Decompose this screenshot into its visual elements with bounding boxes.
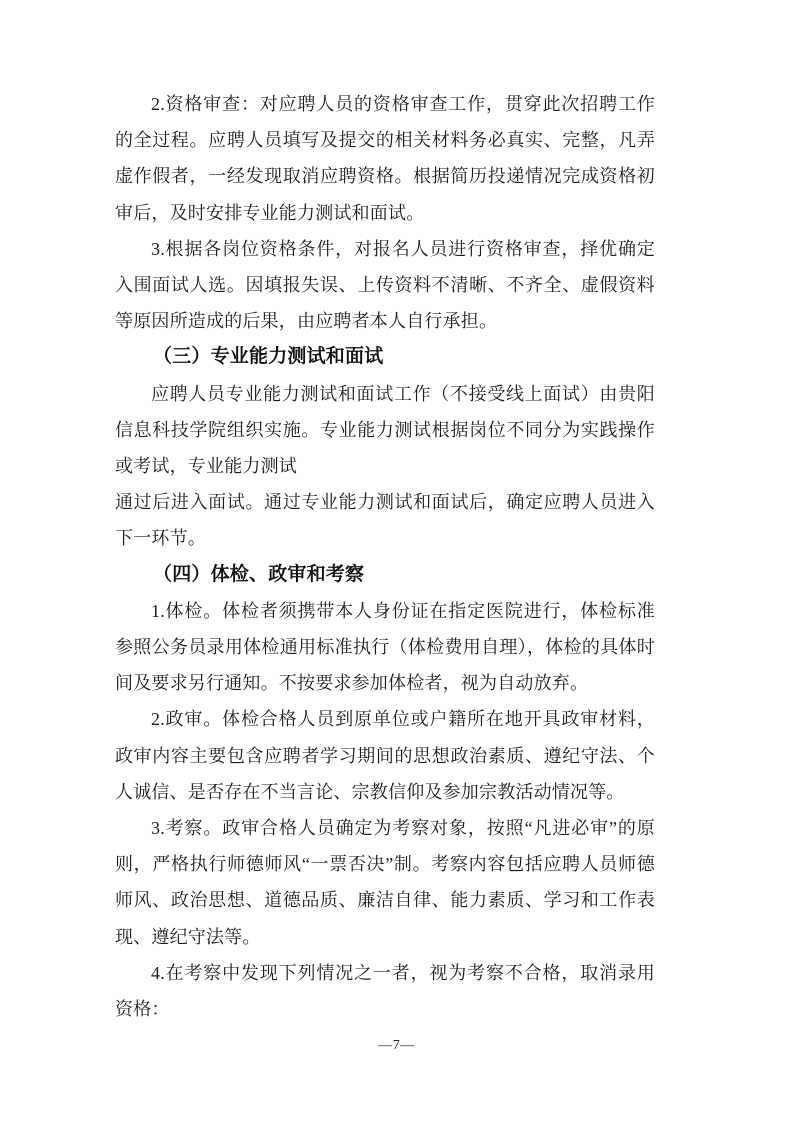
section-heading-physical-political-inspection: （四）体检、政审和考察: [115, 557, 655, 593]
paragraph-ability-test-continued: 通过后进入面试。通过专业能力测试和面试后，确定应聘人员进入下一环节。: [115, 484, 655, 556]
paragraph-physical-exam: 1.体检。体检者须携带本人身份证在指定医院进行，体检标准参照公务员录用体检通用标…: [115, 593, 655, 702]
paragraph-qualification-review: 2.资格审查：对应聘人员的资格审查工作，贯穿此次招聘工作的全过程。应聘人员填写及…: [115, 86, 655, 231]
page-number: —7—: [0, 1036, 793, 1056]
paragraph-disqualification-intro: 4.在考察中发现下列情况之一者，视为考察不合格，取消录用资格：: [115, 955, 655, 1027]
section-heading-ability-test-interview: （三）专业能力测试和面试: [115, 339, 655, 375]
document-body: 2.资格审查：对应聘人员的资格审查工作，贯穿此次招聘工作的全过程。应聘人员填写及…: [115, 86, 655, 1027]
paragraph-ability-test-intro: 应聘人员专业能力测试和面试工作（不接受线上面试）由贵阳信息科技学院组织实施。专业…: [115, 376, 655, 485]
paragraph-political-review: 2.政审。体检合格人员到原单位或户籍所在地开具政审材料，政审内容主要包含应聘者学…: [115, 701, 655, 810]
paragraph-inspection: 3.考察。政审合格人员确定为考察对象，按照“凡进必审”的原则，严格执行师德师风“…: [115, 810, 655, 955]
document-page: 2.资格审查：对应聘人员的资格审查工作，贯穿此次招聘工作的全过程。应聘人员填写及…: [0, 0, 793, 1122]
paragraph-shortlist-rules: 3.根据各岗位资格条件，对报名人员进行资格审查，择优确定入围面试人选。因填报失误…: [115, 231, 655, 340]
